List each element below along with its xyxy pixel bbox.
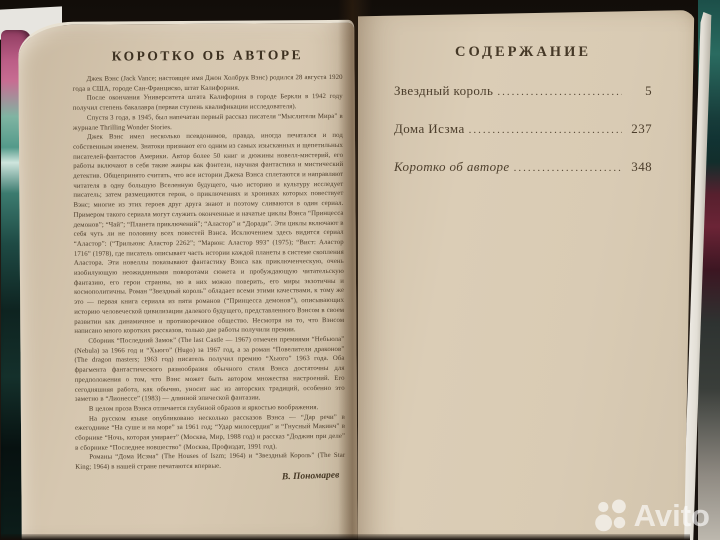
- about-author-text: Джек Вэнс (Jack Vance; настоящее имя Джо…: [73, 73, 346, 473]
- toc-page-number: 237: [626, 121, 652, 137]
- toc-row-about-author: Коротко об авторе ......................…: [394, 159, 652, 175]
- book-photo: КОРОТКО ОБ АВТОРЕ Джек Вэнс (Jack Vance;…: [0, 0, 720, 540]
- paragraph: Романы “Дома Исзма” (The Houses of Iszm;…: [75, 451, 345, 472]
- avito-watermark: Avito: [594, 498, 710, 534]
- avito-logo-icon: [594, 498, 630, 534]
- right-page: СОДЕРЖАНИЕ Звездный король .............…: [358, 10, 696, 540]
- toc-row-star-king: Звездный король ........................…: [394, 83, 652, 99]
- toc-entry-label: Звездный король: [394, 83, 493, 99]
- paragraph: Джек Вэнс имел несколько псевдонимов, пр…: [73, 131, 344, 337]
- paragraph: На русском языке опубликовано несколько …: [75, 413, 345, 454]
- contents-title: СОДЕРЖАНИЕ: [394, 44, 652, 61]
- leader-dots: ........................................…: [469, 124, 622, 136]
- avito-watermark-text: Avito: [634, 498, 710, 534]
- toc-page-number: 5: [626, 83, 652, 99]
- leader-dots: ........................................…: [497, 86, 622, 98]
- table-of-contents: Звездный король ........................…: [394, 83, 652, 175]
- left-page: КОРОТКО ОБ АВТОРЕ Джек Вэнс (Jack Vance;…: [18, 23, 358, 540]
- paragraph: После окончания Университета штата Калиф…: [73, 92, 343, 113]
- toc-entry-label: Коротко об авторе: [394, 159, 510, 175]
- toc-entry-label: Дома Исзма: [394, 121, 465, 137]
- paragraph: Спустя 3 года, в 1945, был напечатан пер…: [73, 112, 343, 133]
- paragraph: Сборник “Последний Замок” (The last Cast…: [74, 335, 344, 405]
- photo-bottom-shadow: [0, 534, 690, 540]
- toc-page-number: 348: [626, 159, 652, 175]
- about-author-title: КОРОТКО ОБ АВТОРЕ: [72, 47, 342, 65]
- toc-row-houses-of-iszm: Дома Исзма .............................…: [394, 121, 652, 137]
- leader-dots: ........................................…: [514, 162, 622, 174]
- author-signature: В. Пономарев: [75, 470, 339, 489]
- paragraph: Джек Вэнс (Jack Vance; настоящее имя Джо…: [73, 73, 343, 94]
